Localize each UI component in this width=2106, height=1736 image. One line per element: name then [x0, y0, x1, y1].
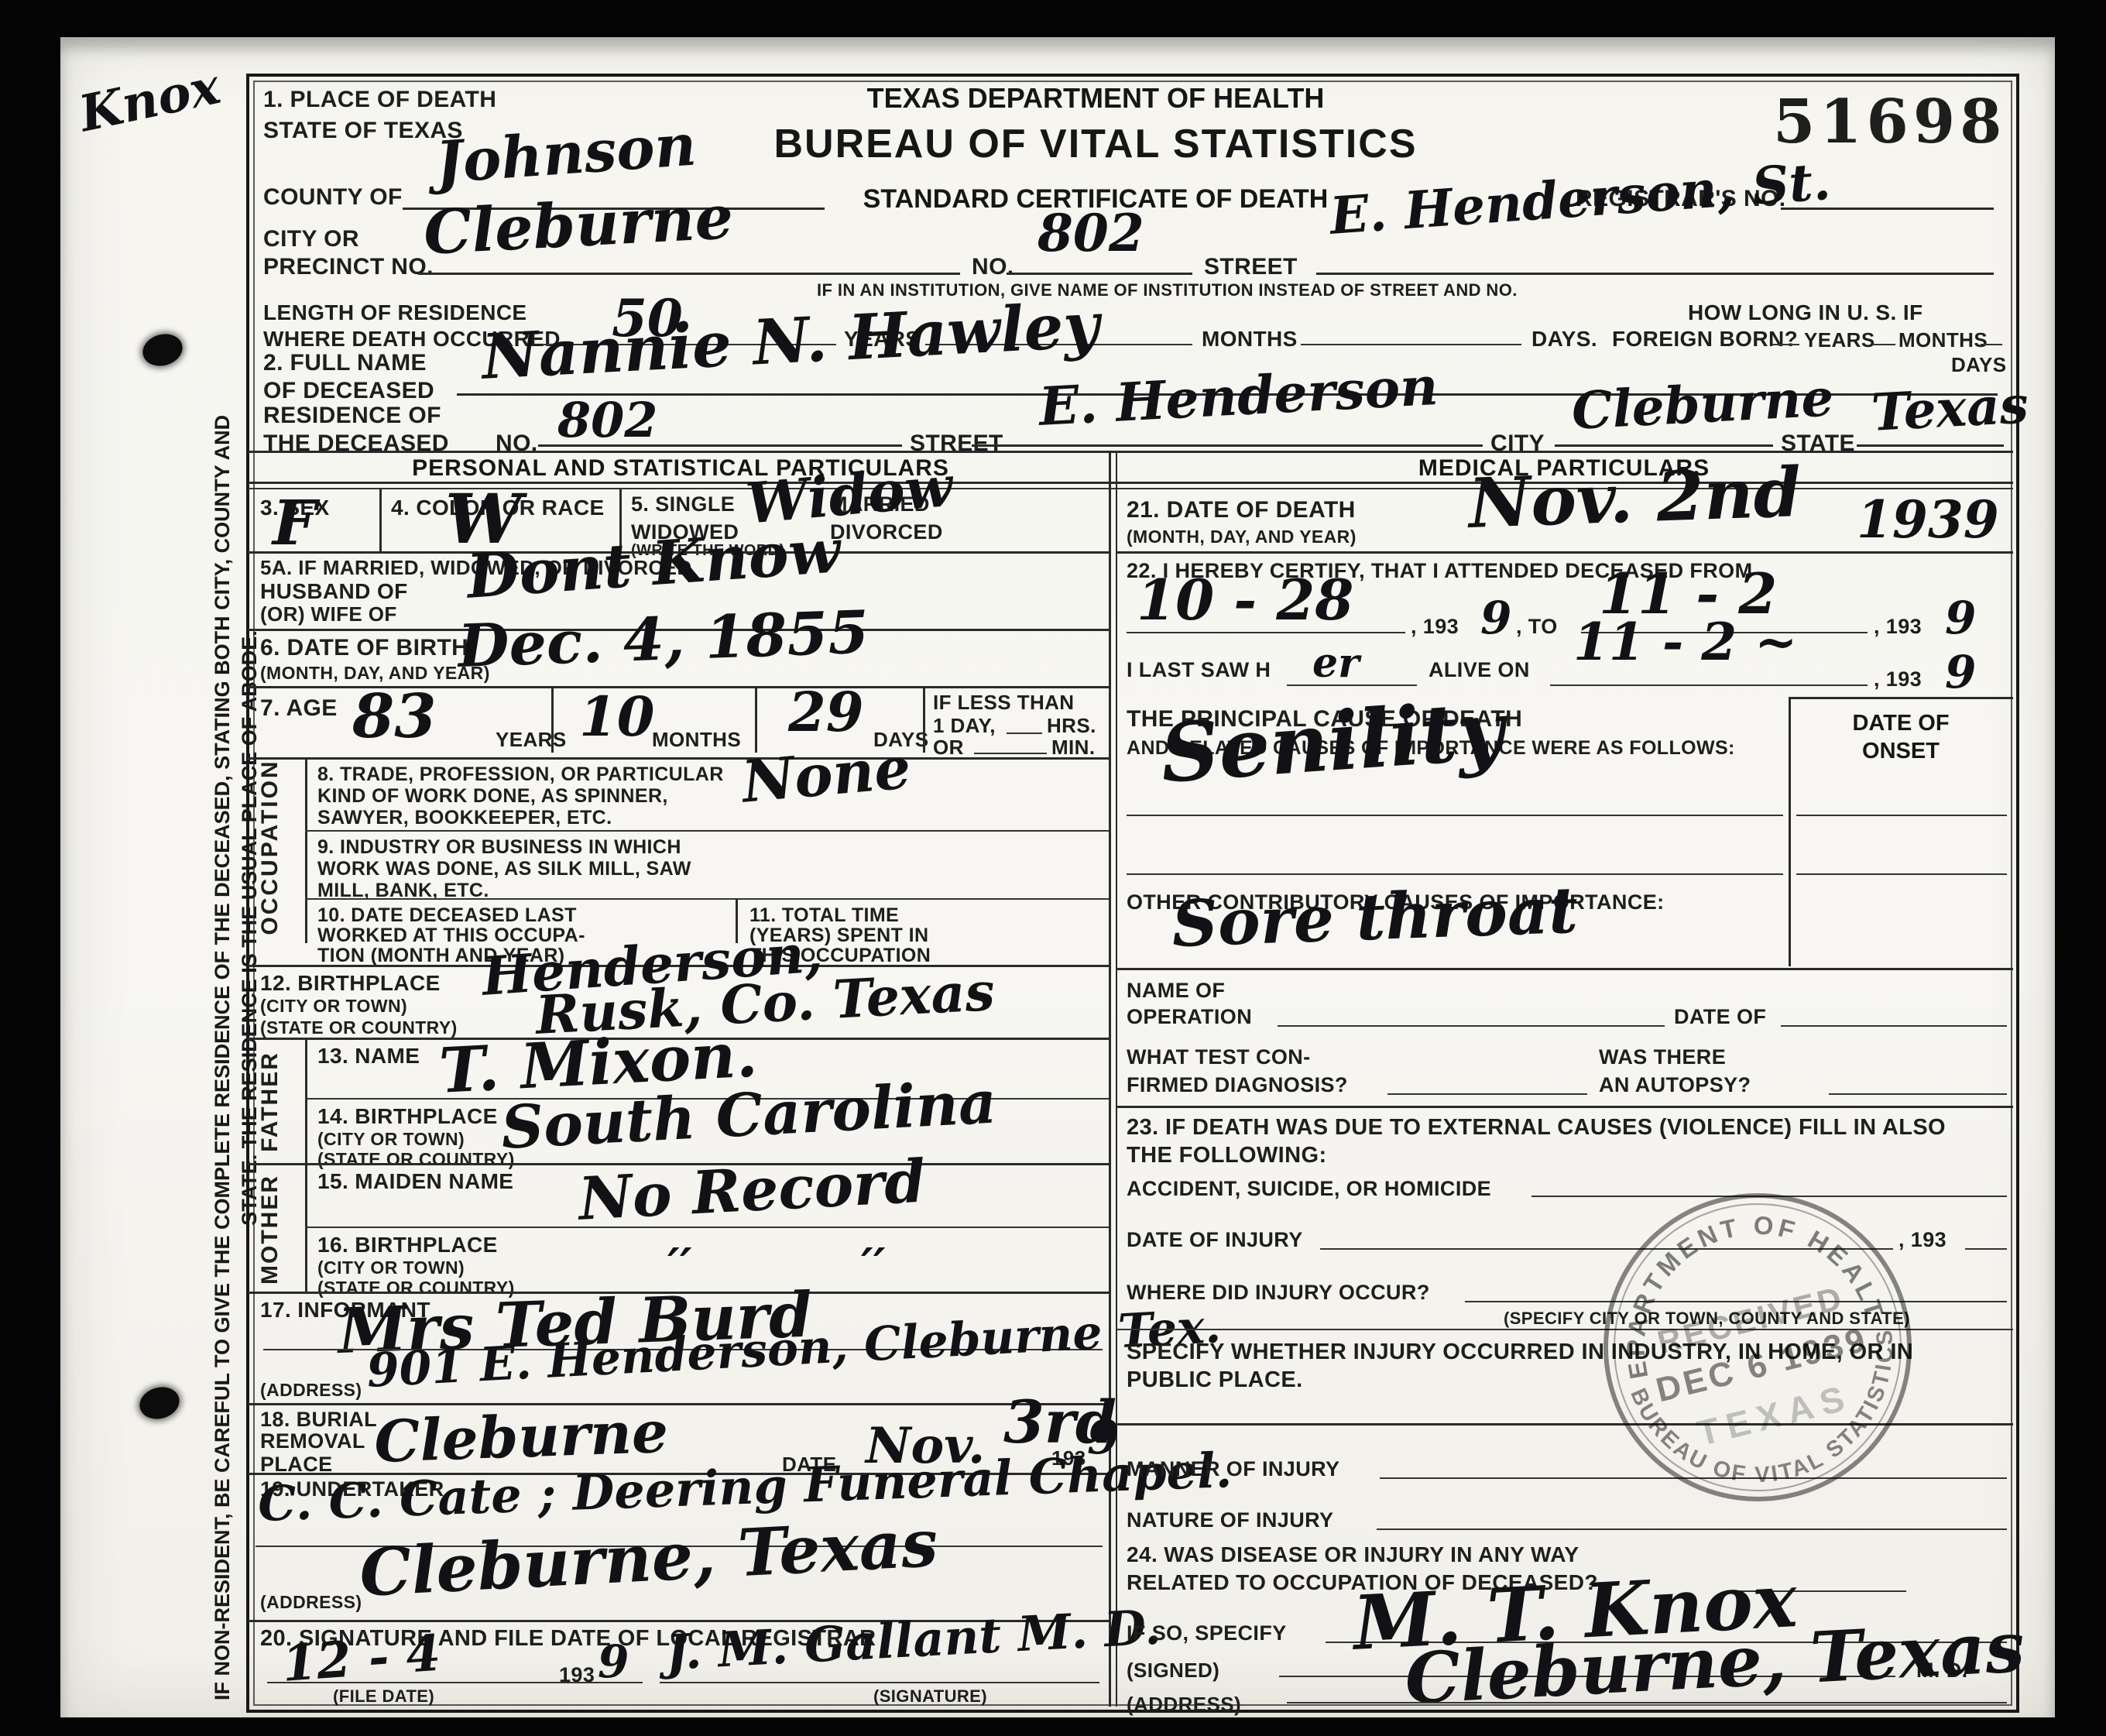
injury-date-label: DATE OF INJURY — [1127, 1228, 1303, 1252]
rule — [1789, 697, 2013, 699]
rule — [305, 830, 1109, 832]
age-less-label2: 1 DAY, — [933, 714, 996, 738]
dob-label2: (MONTH, DAY, AND YEAR) — [260, 663, 490, 684]
autopsy-label2: AN AUTOPSY? — [1599, 1073, 1751, 1097]
death-date-label1: 21. DATE OF DEATH — [1127, 497, 1356, 523]
attended-from-value: 10 - 28 — [1137, 567, 1353, 633]
punch-hole-bottom — [135, 1383, 183, 1424]
attended-year-b: 9 — [1945, 592, 1976, 644]
attended-193a-printed: , 193 — [1411, 615, 1459, 639]
accident-label: ACCIDENT, SUICIDE, OR HOMICIDE — [1127, 1177, 1491, 1201]
physician-address-label: (ADDRESS) — [1127, 1693, 1241, 1717]
rule — [1007, 273, 1192, 275]
rule — [1555, 444, 1773, 447]
registrar-signature-label: (SIGNATURE) — [873, 1686, 987, 1707]
last-saw-label1: I LAST SAW H — [1127, 658, 1271, 682]
house-no-label: NO. — [972, 254, 1014, 280]
test-label1: WHAT TEST CON- — [1127, 1045, 1311, 1069]
signed-label: (SIGNED) — [1127, 1659, 1219, 1683]
file-date-label: (FILE DATE) — [333, 1686, 434, 1707]
rule — [972, 444, 1483, 447]
rule — [1796, 873, 2007, 875]
residence-label1: RESIDENCE OF — [263, 403, 441, 429]
birthplace-label2: (CITY OR TOWN) — [260, 996, 407, 1017]
attended-year-a: 9 — [1480, 592, 1511, 644]
injury-specify-label2: PUBLIC PLACE. — [1127, 1367, 1303, 1393]
burial-label2: REMOVAL — [260, 1429, 365, 1453]
dob-value: Dec. 4, 1855 — [457, 597, 870, 680]
age-months-value: 10 — [579, 684, 654, 749]
certificate-number: 51698 — [1773, 87, 2006, 157]
marital-single-label: 5. SINGLE — [631, 492, 735, 516]
cell-divider — [755, 686, 757, 753]
age-days-value: 29 — [788, 680, 863, 744]
house-no-value: 802 — [1038, 203, 1144, 263]
test-label2: FIRMED DIAGNOSIS? — [1127, 1073, 1348, 1097]
trade-label1: 8. TRADE, PROFESSION, OR PARTICULAR — [317, 763, 724, 786]
last-saw-pronoun: er — [1312, 640, 1359, 687]
last-saw-193-printed: , 193 — [1874, 667, 1922, 691]
city-or-label: CITY OR — [263, 226, 359, 252]
rule — [305, 1227, 1109, 1228]
dept-title: TEXAS DEPARTMENT OF HEALTH — [728, 82, 1463, 115]
county-label: COUNTY OF — [263, 184, 403, 211]
rule — [1796, 815, 2007, 816]
rule — [267, 1682, 643, 1683]
rule — [1007, 732, 1042, 734]
rule — [660, 1682, 1099, 1683]
attended-193b-printed: , 193 — [1874, 615, 1922, 639]
operation-label1: NAME OF — [1127, 979, 1225, 1003]
rule — [1965, 1248, 2007, 1250]
birthplace-label3: (STATE OR COUNTRY) — [260, 1017, 458, 1038]
age-less-label1: IF LESS THAN — [933, 691, 1074, 715]
rule — [538, 444, 902, 447]
rule — [1301, 344, 1521, 345]
burial-label1: 18. BURIAL — [260, 1408, 377, 1432]
mother-birthplace-label1: 16. BIRTHPLACE — [317, 1233, 498, 1257]
onset-label2: ONSET — [1790, 739, 2012, 764]
rule — [1287, 1702, 2007, 1703]
operation-label2: OPERATION — [1127, 1005, 1252, 1029]
us-days-label: DAYS — [1951, 353, 2006, 377]
residence-no-value: 802 — [557, 392, 657, 448]
age-label: 7. AGE — [260, 695, 338, 722]
rule — [1550, 684, 1868, 686]
mother-birthplace-ditto2: ′′ — [861, 1239, 886, 1293]
rule — [1117, 968, 2013, 970]
last-saw-year: 9 — [1945, 646, 1976, 698]
mother-birthplace-label2: (CITY OR TOWN) — [317, 1257, 465, 1278]
residence-state-value: Texas — [1870, 374, 2030, 443]
rule — [1117, 1106, 2013, 1108]
rule — [1316, 273, 1994, 275]
father-name-label: 13. NAME — [317, 1044, 420, 1069]
column-divider-inner — [1116, 451, 1117, 1707]
mother-name-label: 15. MAIDEN NAME — [317, 1169, 513, 1194]
industry-label2: WORK WAS DONE, AS SILK MILL, SAW — [317, 858, 691, 880]
age-or-label: OR — [933, 736, 964, 760]
if-so-label: IF SO, SPECIFY — [1127, 1621, 1287, 1645]
sex-value: F — [273, 486, 317, 559]
rule — [1117, 551, 2013, 554]
father-birthplace-label3: (STATE OR COUNTRY) — [317, 1149, 515, 1170]
last-saw-label2: ALIVE ON — [1429, 658, 1530, 682]
age-hrs-label: HRS. — [1047, 714, 1096, 738]
rule — [1387, 1093, 1587, 1095]
contributory-value: Sore throat — [1171, 873, 1579, 962]
cell-divider — [379, 488, 382, 551]
scanned-death-certificate: Knox IF NON-RESIDENT, BE CAREFUL TO GIVE… — [0, 0, 2106, 1736]
operation-date-label: DATE OF — [1674, 1005, 1766, 1029]
undertaker-address-label: (ADDRESS) — [260, 1592, 362, 1613]
cell-divider — [551, 686, 554, 753]
external-label2: THE FOLLOWING: — [1127, 1143, 1327, 1168]
informant-address-label: (ADDRESS) — [260, 1380, 362, 1401]
days-label: DAYS. — [1531, 327, 1597, 352]
last-saw-date-value: 11 - 2 ~ — [1573, 612, 1797, 672]
us-years-label: YEARS — [1804, 328, 1875, 352]
birthplace-label1: 12. BIRTHPLACE — [260, 971, 441, 996]
rule — [248, 1403, 1109, 1405]
cell-divider — [305, 1038, 307, 1163]
spouse-label2: HUSBAND OF — [260, 579, 408, 604]
trade-label3: SAWYER, BOOKKEEPER, ETC. — [317, 807, 612, 829]
corner-pen-note: Knox — [74, 57, 225, 143]
age-years-label: YEARS — [496, 728, 567, 752]
foreign-born-label: FOREIGN BORN? — [1612, 327, 1798, 352]
rule — [1857, 444, 2004, 447]
onset-label1: DATE OF — [1790, 711, 2012, 736]
us-months-label: MONTHS — [1898, 328, 1988, 352]
margin-instruction-line1: IF NON-RESIDENT, BE CAREFUL TO GIVE THE … — [211, 415, 234, 1700]
injury-where-label: WHERE DID INJURY OCCUR? — [1127, 1281, 1430, 1305]
cell-divider — [923, 686, 925, 753]
rule — [1829, 1093, 2007, 1095]
rule — [1127, 632, 1405, 633]
dob-label1: 6. DATE OF BIRTH — [260, 635, 468, 661]
rule — [974, 753, 1047, 754]
rule — [1127, 815, 1783, 816]
rule — [1127, 873, 1783, 875]
onset-divider — [1789, 697, 1791, 966]
death-year-value: 1939 — [1857, 489, 1999, 550]
death-date-label2: (MONTH, DAY, AND YEAR) — [1127, 527, 1357, 547]
related-label1: 24. WAS DISEASE OR INJURY IN ANY WAY — [1127, 1542, 1579, 1567]
death-date-value: Nov. 2nd — [1467, 451, 1802, 544]
rule — [1781, 1025, 2007, 1027]
last-worked-label1: 10. DATE DECEASED LAST — [317, 904, 577, 927]
rule — [1981, 344, 2002, 345]
months-label: MONTHS — [1202, 327, 1298, 352]
father-birthplace-label1: 14. BIRTHPLACE — [317, 1104, 498, 1129]
personal-section-title: PERSONAL AND STATISTICAL PARTICULARS — [256, 455, 1106, 482]
rule — [248, 757, 1109, 760]
place-of-death-label: 1. PLACE OF DEATH — [263, 87, 496, 113]
street-label: STREET — [1204, 254, 1298, 280]
external-label1: 23. IF DEATH WAS DUE TO EXTERNAL CAUSES … — [1127, 1115, 1946, 1141]
nature-label: NATURE OF INJURY — [1127, 1508, 1333, 1532]
column-divider — [1109, 451, 1111, 1707]
cell-divider — [305, 757, 307, 943]
punch-hole-top — [139, 330, 186, 371]
rule — [305, 898, 1109, 900]
spouse-label3: (OR) WIFE OF — [260, 602, 397, 626]
full-name-label1: 2. FULL NAME — [263, 350, 427, 376]
file-193-printed: 193 — [559, 1663, 595, 1687]
father-side-label: FATHER — [257, 1041, 283, 1163]
father-birthplace-label2: (CITY OR TOWN) — [317, 1129, 465, 1150]
bureau-title: BUREAU OF VITAL STATISTICS — [728, 121, 1463, 167]
total-time-label1: 11. TOTAL TIME — [749, 904, 899, 927]
file-year-digit: 9 — [598, 1635, 629, 1688]
trade-label2: KIND OF WORK DONE, AS SPINNER, — [317, 785, 668, 808]
rule — [1287, 684, 1417, 686]
rule — [1772, 344, 1799, 345]
attended-to-label: , TO — [1516, 615, 1558, 639]
occupation-side-label: OCCUPATION — [257, 757, 283, 937]
mother-side-label: MOTHER — [257, 1168, 283, 1292]
rule — [1278, 1025, 1665, 1027]
autopsy-label1: WAS THERE — [1599, 1045, 1726, 1069]
full-name-label2: OF DECEASED — [263, 378, 434, 404]
industry-label1: 9. INDUSTRY OR BUSINESS IN WHICH — [317, 836, 681, 859]
manner-label: MANNER OF INJURY — [1127, 1457, 1339, 1481]
rule — [418, 273, 960, 275]
how-long-us-label: HOW LONG IN U. S. IF — [1688, 300, 1923, 325]
precinct-no-label: PRECINCT NO. — [263, 254, 434, 280]
age-months-label: MONTHS — [652, 728, 741, 752]
age-years-value: 83 — [352, 681, 437, 752]
rule — [1872, 344, 1895, 345]
age-min-label: MIN. — [1051, 736, 1095, 760]
